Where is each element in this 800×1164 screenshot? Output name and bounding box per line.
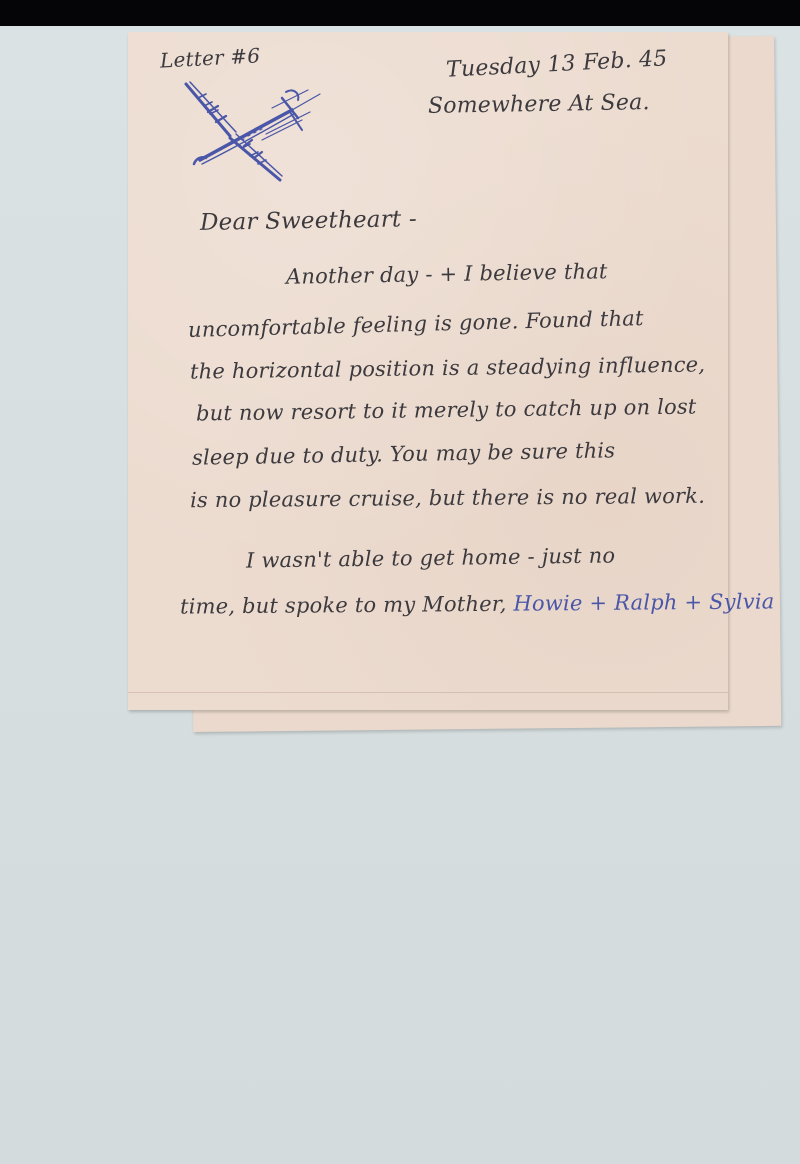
letter-salutation: Dear Sweetheart - bbox=[200, 206, 417, 236]
letter-body-line: is no pleasure cruise, but there is no r… bbox=[190, 484, 705, 512]
scanner-edge-bar bbox=[0, 0, 800, 26]
last-line-pencil-text: time, but spoke to my Mother, bbox=[180, 592, 507, 619]
paper-edge-line bbox=[128, 692, 728, 693]
last-line-blue-ink-names: Howie + Ralph + Sylvia bbox=[513, 589, 774, 615]
letter-location: Somewhere At Sea. bbox=[428, 90, 650, 119]
airplane-sketch-icon bbox=[182, 78, 328, 186]
